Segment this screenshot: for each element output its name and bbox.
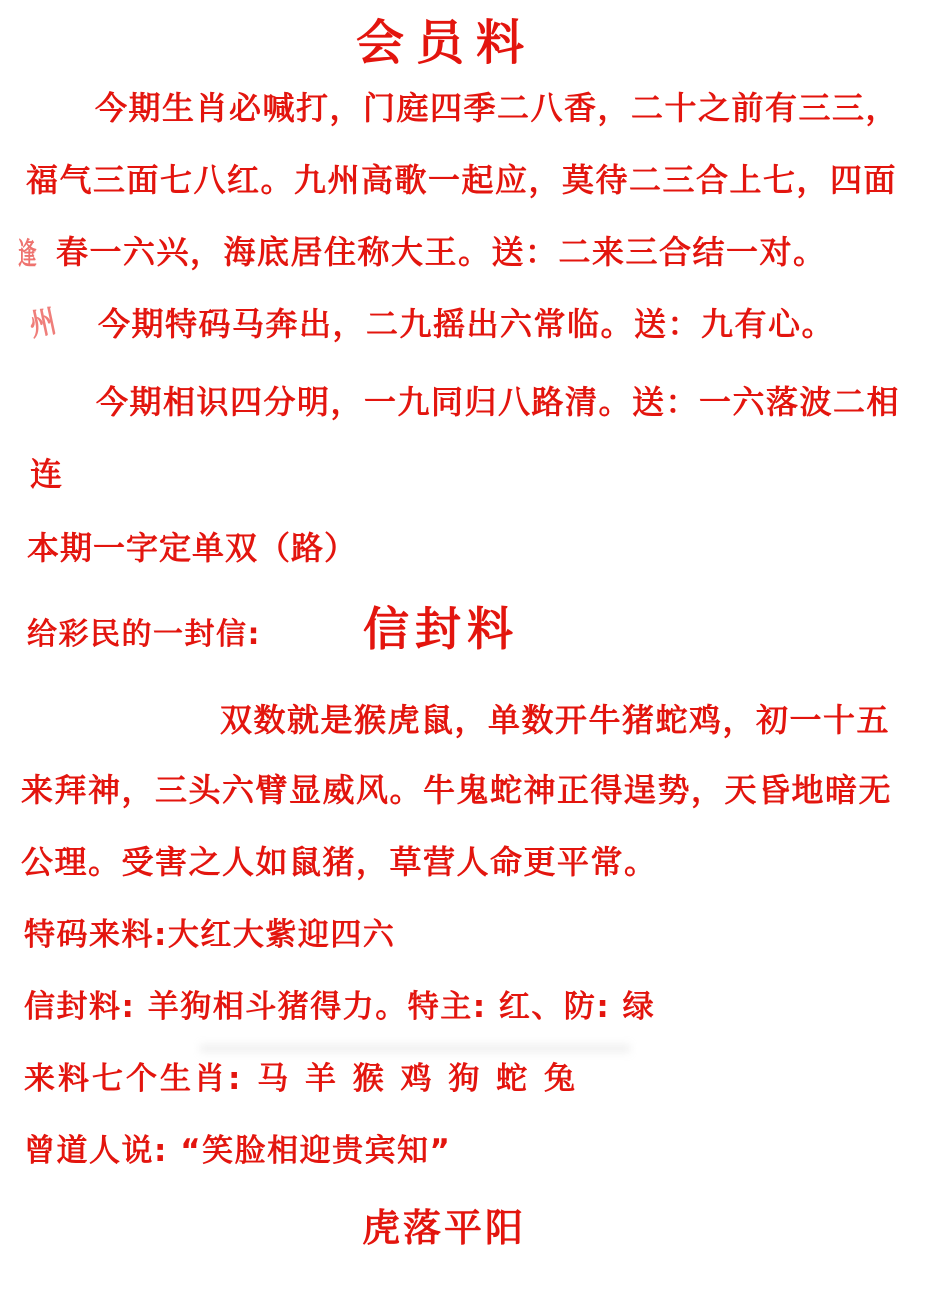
single-double-line: 本期一字定单双（路） xyxy=(27,526,357,571)
letter-to-bettors-label: 给彩民的一封信: xyxy=(27,614,261,656)
member-tip1-line1: 今期生肖必喊打，门庭四季二八香，二十之前有三三， xyxy=(95,86,899,131)
zodiac-list-line: 来料七个生肖: 马 羊 猴 鸡 狗 蛇 兔 xyxy=(24,1058,578,1101)
member-tip2: 今期特码马奔出，二九摇出六常临。送：九有心。 xyxy=(98,302,835,347)
envelope-section-title: 信封料 xyxy=(363,597,519,661)
zengdaoren-quote-line: 曾道人说: “笑脸相迎贵宾知” xyxy=(24,1130,451,1173)
member-tip3-line2: 连 xyxy=(30,452,64,497)
envelope-body-line2: 来拜神，三头六臂显威风。牛鬼蛇神正得逞势，天昏地暗无 xyxy=(21,768,892,813)
footer-phrase: 虎落平阳 xyxy=(362,1202,526,1255)
envelope-tip-line: 信封料: 羊狗相斗猪得力。特主: 红、防: 绿 xyxy=(24,986,655,1029)
envelope-body-line3: 公理。受害之人如鼠猪，草营人命更平常。 xyxy=(21,840,658,885)
member-tip3-line1: 今期相识四分明，一九同归八路清。送：一六落波二相 xyxy=(96,380,900,425)
member-tip1-line2: 福气三面七八红。九州高歌一起应，莫待二三合上七，四面 xyxy=(26,158,897,203)
ink-smudge-artifact: 州 xyxy=(26,300,62,348)
member-tip1-line3: 春一六兴，海底居住称大王。送：二来三合结一对。 xyxy=(56,230,827,275)
faint-print-smear xyxy=(200,1044,630,1053)
special-code-line: 特码来料:大红大紫迎四六 xyxy=(24,914,395,957)
faded-print-artifact: 逢 xyxy=(18,234,38,276)
envelope-body-line1: 双数就是猴虎鼠，单数开牛猪蛇鸡，初一十五 xyxy=(220,698,890,743)
document-page: 会员料 今期生肖必喊打，门庭四季二八香，二十之前有三三， 福气三面七八红。九州高… xyxy=(0,0,929,1292)
page-title: 会员料 xyxy=(356,10,536,77)
